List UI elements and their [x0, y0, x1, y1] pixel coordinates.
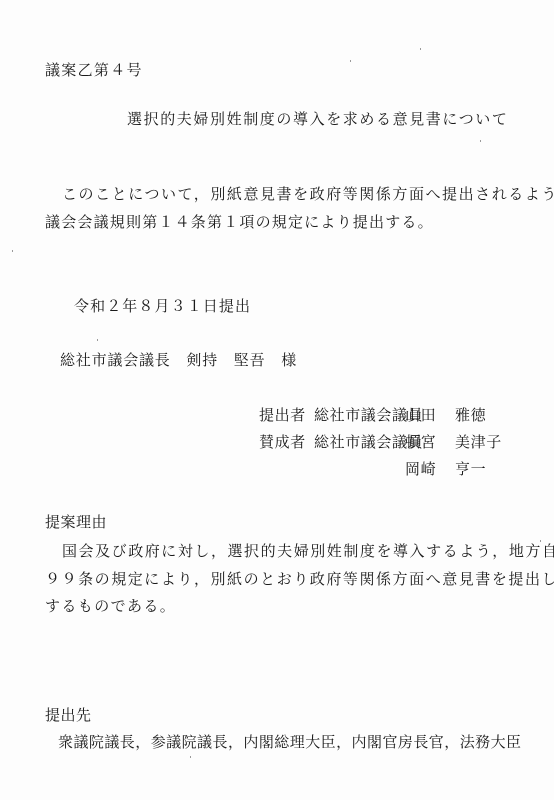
addressee: 総社市議会議長 剣持 堅吾 様 — [60, 351, 297, 369]
recipients-list: 衆議院議長，参議院議長，内閣総理大臣，内閣官房長官，法務大臣 — [58, 733, 522, 751]
recipients-heading: 提出先 — [45, 706, 92, 724]
body-line-1: このことについて，別紙意見書を政府等関係方面へ提出されるよう，総社市 — [62, 185, 554, 203]
submission-date: 令和２年８月３１日提出 — [74, 297, 251, 315]
body-line-2: 議会会議規則第１４条第１項の規定により提出する。 — [45, 213, 434, 231]
signatory-given-name: 雅徳 — [455, 406, 486, 424]
signatory-role: 提出者 — [259, 406, 306, 424]
signatory-surname: 岡崎 — [405, 460, 436, 478]
signatory-surname: 山田 — [405, 406, 436, 424]
scan-speck — [12, 250, 13, 252]
document-title: 選択的夫婦別姓制度の導入を求める意見書について — [127, 110, 509, 128]
reason-line-3: するものである。 — [45, 597, 176, 615]
scan-speck — [420, 48, 421, 50]
scan-speck — [480, 140, 481, 142]
scan-speck — [97, 339, 98, 341]
reason-line-2: ９９条の規定により，別紙のとおり政府等関係方面へ意見書を提出しようと — [45, 570, 554, 588]
signatory-given-name: 亨一 — [455, 460, 486, 478]
signatory-role: 賛成者 — [259, 433, 306, 451]
reason-heading: 提案理由 — [45, 513, 107, 531]
scan-speck — [540, 540, 541, 542]
document-page: { "document": { "bill_number": "議案乙第４号",… — [0, 0, 554, 800]
signatory-given-name: 美津子 — [455, 433, 502, 451]
bill-number: 議案乙第４号 — [45, 61, 143, 79]
scan-speck — [350, 60, 351, 62]
scan-speck — [190, 756, 191, 758]
signatory-surname: 頓宮 — [405, 433, 436, 451]
reason-line-1: 国会及び政府に対し，選択的夫婦別姓制度を導入するよう，地方自治法第 — [62, 542, 554, 560]
